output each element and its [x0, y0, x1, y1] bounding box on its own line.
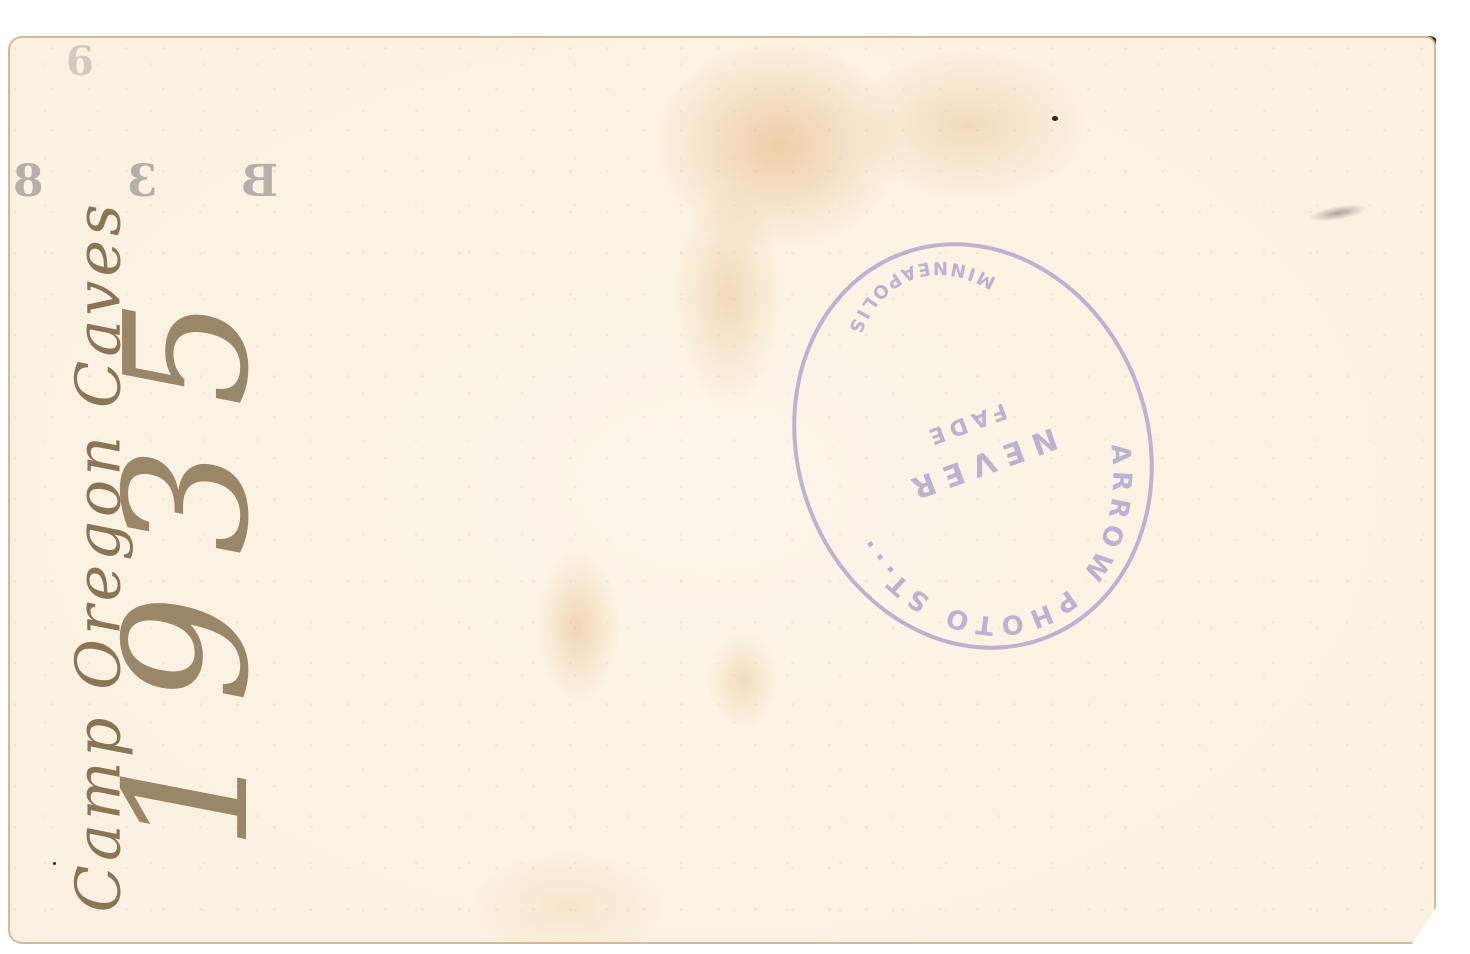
corner-mark: 6	[66, 38, 94, 85]
photo-scan: 6 B 3 8 Camp Oregon Caves 1935 ARROW PHO…	[0, 0, 1470, 954]
studio-stamp: ARROW PHOTO ST... NEVER FADE MINNEAPOLIS	[727, 185, 1218, 706]
stamp-oval-icon: ARROW PHOTO ST... NEVER FADE MINNEAPOLIS	[727, 185, 1218, 706]
postcard-back: 6 B 3 8 Camp Oregon Caves 1935 ARROW PHO…	[8, 36, 1436, 944]
stamped-code: B 3 8	[78, 156, 278, 207]
ink-speck	[53, 862, 56, 865]
handwritten-year: 1935	[103, 331, 273, 851]
pencil-smudge	[1307, 201, 1369, 225]
ink-speck	[1052, 116, 1058, 121]
